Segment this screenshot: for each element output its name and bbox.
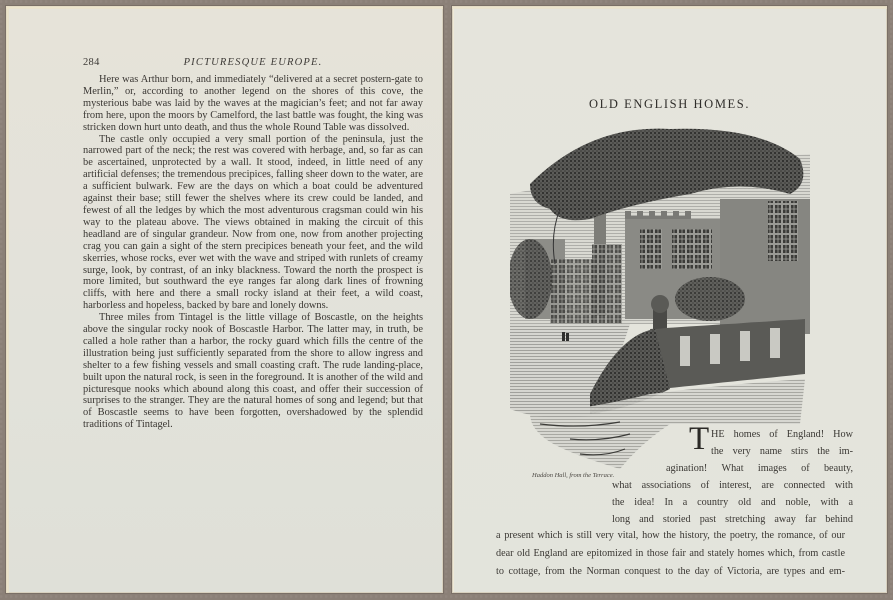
paragraph: Here was Arthur born, and immediately “d… (83, 74, 423, 134)
paragraph: The castle only occupied a very small po… (83, 134, 423, 313)
running-head: 284 PICTURESQUE EUROPE. (83, 57, 423, 71)
intro-text: T HE homes of England! How (689, 426, 853, 443)
haddon-hall-engraving (510, 124, 810, 469)
page-edge (6, 6, 9, 593)
text-line: a present which is still very vital, how… (496, 527, 845, 545)
chapter-title: OLD ENGLISH HOMES. (452, 97, 887, 112)
body-text: Here was Arthur born, and immediately “d… (83, 74, 423, 431)
body-text: a present which is still very vital, how… (496, 527, 845, 582)
text-line: HE homes of England! How (689, 426, 853, 443)
page-edge (452, 6, 887, 9)
drop-cap: T (689, 424, 709, 454)
illustration-caption: Haddon Hall, from the Terrace. (532, 472, 614, 479)
text-line: agination! What images of beauty, (666, 460, 853, 477)
page-edge (6, 6, 443, 9)
intro-text-continued: what associations of interest, are conne… (612, 477, 853, 529)
running-title: PICTURESQUE EUROPE. (83, 57, 423, 68)
text-line: dear old England are epitomized in those… (496, 545, 845, 563)
text-line: what associations of interest, are conne… (612, 477, 853, 494)
left-page: 284 PICTURESQUE EUROPE. Here was Arthur … (6, 6, 443, 593)
text-line: the idea! In a country old and noble, wi… (612, 494, 853, 511)
intro-text-continued: agination! What images of beauty, (666, 460, 853, 477)
right-page: OLD ENGLISH HOMES. (452, 6, 887, 593)
text-line: to cottage, from the Norman conquest to … (496, 563, 845, 581)
intro-text-continued: the very name stirs the im- (711, 443, 853, 460)
paragraph: Three miles from Tintagel is the little … (83, 312, 423, 431)
text-line: the very name stirs the im- (711, 443, 853, 460)
